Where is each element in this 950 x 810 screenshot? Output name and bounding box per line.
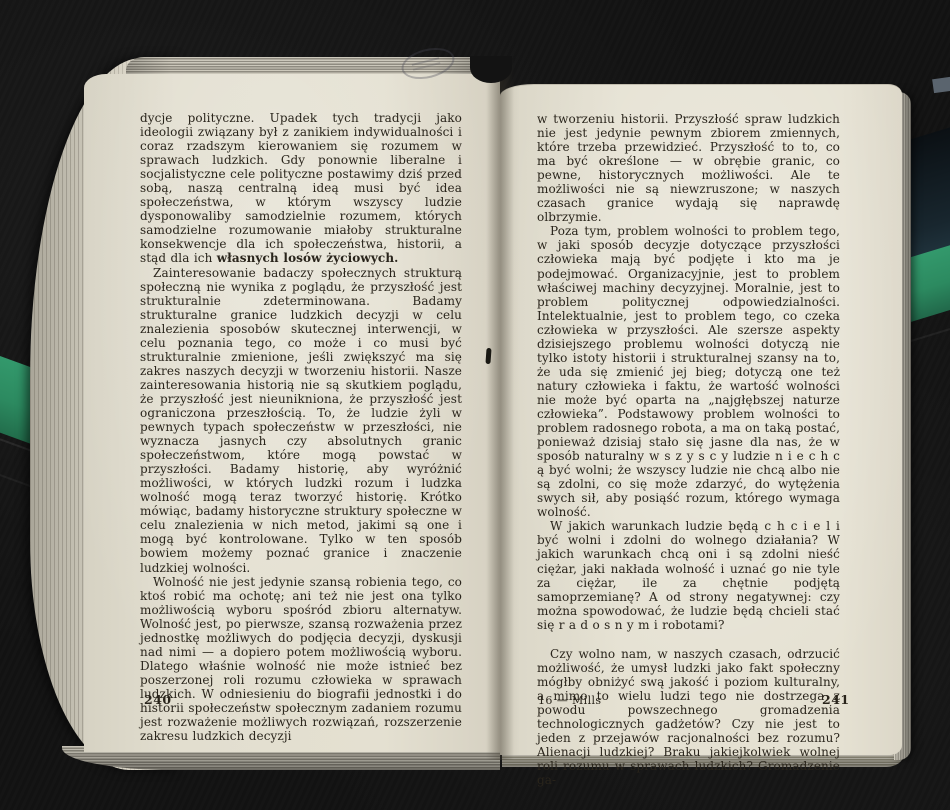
- body-text: Zainteresowanie badaczy społecznych stru…: [140, 266, 462, 575]
- book-photo-scene: dycje polityczne. Upadek tych tradycji j…: [0, 0, 950, 810]
- body-text: Wolność nie jest jedynie szansą robienia…: [140, 575, 462, 744]
- paragraph: W jakich warunkach ludzie będą c h c i e…: [537, 519, 840, 631]
- body-text: Czy wolno nam, w naszych czasach, odrzuc…: [537, 647, 840, 787]
- emphasized-text: własnych losów życiowych.: [217, 251, 399, 265]
- paragraph: Poza tym, problem wolności to problem te…: [537, 224, 840, 519]
- body-text: w tworzeniu historii. Przyszłość spraw l…: [537, 112, 840, 224]
- gutter-top-notch: [470, 56, 512, 83]
- body-text: Poza tym, problem wolności to problem te…: [537, 224, 840, 519]
- right-page: w tworzeniu historii. Przyszłość spraw l…: [500, 84, 902, 755]
- body-text: W jakich warunkach ludzie będą c h c i e…: [537, 519, 840, 631]
- paragraph: w tworzeniu historii. Przyszłość spraw l…: [537, 112, 840, 224]
- paragraph: dycje polityczne. Upadek tych tradycji j…: [140, 111, 462, 266]
- body-text: dycje polityczne. Upadek tych tradycji j…: [140, 111, 462, 265]
- left-page: dycje polityczne. Upadek tych tradycji j…: [84, 74, 500, 752]
- paragraph: Wolność nie jest jedynie szansą robienia…: [140, 575, 462, 744]
- paragraph: Czy wolno nam, w naszych czasach, odrzuc…: [537, 647, 840, 787]
- gray-edge-bar: [932, 77, 950, 93]
- left-page-text: dycje polityczne. Upadek tych tradycji j…: [140, 111, 462, 743]
- left-page-number: 240: [144, 692, 172, 707]
- right-page-number: 241: [822, 692, 850, 707]
- paragraph: Zainteresowanie badaczy społecznych stru…: [140, 266, 462, 575]
- printer-signature: 16 — Mills: [538, 694, 601, 707]
- right-page-text: w tworzeniu historii. Przyszłość spraw l…: [537, 112, 840, 787]
